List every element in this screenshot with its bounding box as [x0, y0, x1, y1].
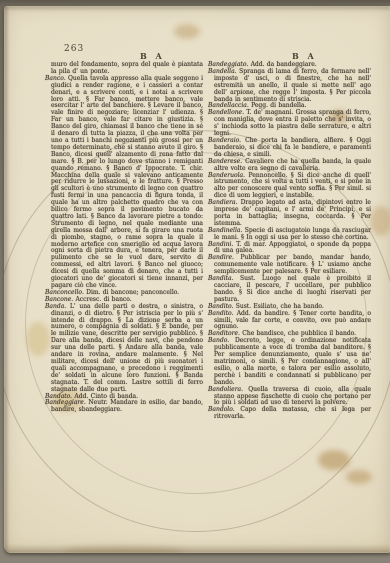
page-number: 263	[64, 44, 84, 54]
entry-headword: Banderaio.	[208, 137, 245, 144]
foxing-stain	[174, 24, 200, 39]
page-edge-top	[4, 6, 390, 11]
running-head-right: B A	[292, 51, 317, 61]
dictionary-entry: Bandini. T. di mar. Appoggiatoi, o spond…	[208, 242, 371, 256]
dictionary-entry: Bandita. Sust. Luogo nel quale è proibit…	[208, 276, 371, 304]
dictionary-entry: Bandella. Spranga di lama di ferro, da f…	[208, 69, 371, 104]
entry-headword: Bandini.	[208, 241, 236, 248]
dictionary-entry: Bandiera. Drappo legato ad asta, dipinto…	[208, 200, 371, 228]
foxing-stain	[318, 450, 350, 470]
entry-headword: Banderese.	[208, 158, 245, 165]
book-page: 263 B A B A muro del fondamento, sopra d…	[4, 6, 390, 553]
dictionary-entry: Bandire. Pubblicar per bando, mandar ban…	[208, 255, 371, 276]
dictionary-entry: Bandoliera. Quella traversa di cuoio, al…	[208, 387, 371, 408]
page-edge-bottom	[4, 544, 390, 553]
foxing-stain	[370, 206, 390, 236]
dictionary-entry: Banderaio. Che porta la bandiera, alfier…	[208, 138, 371, 159]
dictionary-entry: Banderuola. Pennoncello. § Si dice anche…	[208, 173, 371, 201]
entry-headword: Bandire.	[208, 254, 241, 261]
entry-headword: Banco.	[45, 75, 68, 82]
dictionary-entry: Banda. L' una delle parti o destra, o si…	[45, 304, 203, 394]
entry-headword: Bandita.	[208, 275, 240, 282]
entry-headword: Bandella.	[208, 68, 239, 75]
entry-headword: Bandito.	[208, 310, 237, 317]
dictionary-entry: Banderese. Cavaliere che ha quella banda…	[208, 159, 371, 173]
entry-headword: Bandellone.	[208, 109, 246, 116]
dictionary-entry: Bandellone. T. de' magnani. Grossa spran…	[208, 110, 371, 138]
scanned-book-photo: { "page": { "number": "263", "running_he…	[0, 0, 390, 563]
dictionary-entry: Bandito. Add. da bandire. § Tener corte …	[208, 311, 371, 332]
dictionary-entry: Bandeggiare. Neutr. Mandare in esilio, d…	[45, 400, 203, 414]
entry-headword: Bandinella.	[208, 227, 245, 234]
entry-headword: Banderuola.	[208, 172, 249, 179]
dictionary-entry: muro del fondamento, sopra del quale è p…	[45, 62, 203, 76]
entry-headword: Bando.	[208, 337, 235, 344]
running-head-left: B A	[140, 51, 165, 61]
entry-headword: Bandolo.	[208, 406, 240, 413]
dictionary-entry: Banco. Quella tavola appresso alla quale…	[45, 76, 203, 290]
dictionary-entry: Bando. Decreto, legge, e ordinazione not…	[208, 338, 371, 386]
entry-headword: Banda.	[45, 303, 70, 310]
dictionary-entry: Bandinella. Specie di asciugatoio lunga …	[208, 228, 371, 242]
page-edge-left	[4, 6, 9, 553]
foxing-stain	[346, 470, 372, 484]
dictionary-entry: Bandolo. Capo della matassa, che si lega…	[208, 407, 371, 421]
text-column-left: muro del fondamento, sopra del quale è p…	[45, 62, 203, 414]
entry-headword: Bandiera.	[208, 199, 241, 206]
entry-headword: Bandeggiare.	[45, 399, 88, 406]
text-column-right: Bandeggiato. Add. da bandeggiare.Bandell…	[208, 62, 371, 421]
entry-headword: Bandoliera.	[208, 386, 248, 393]
